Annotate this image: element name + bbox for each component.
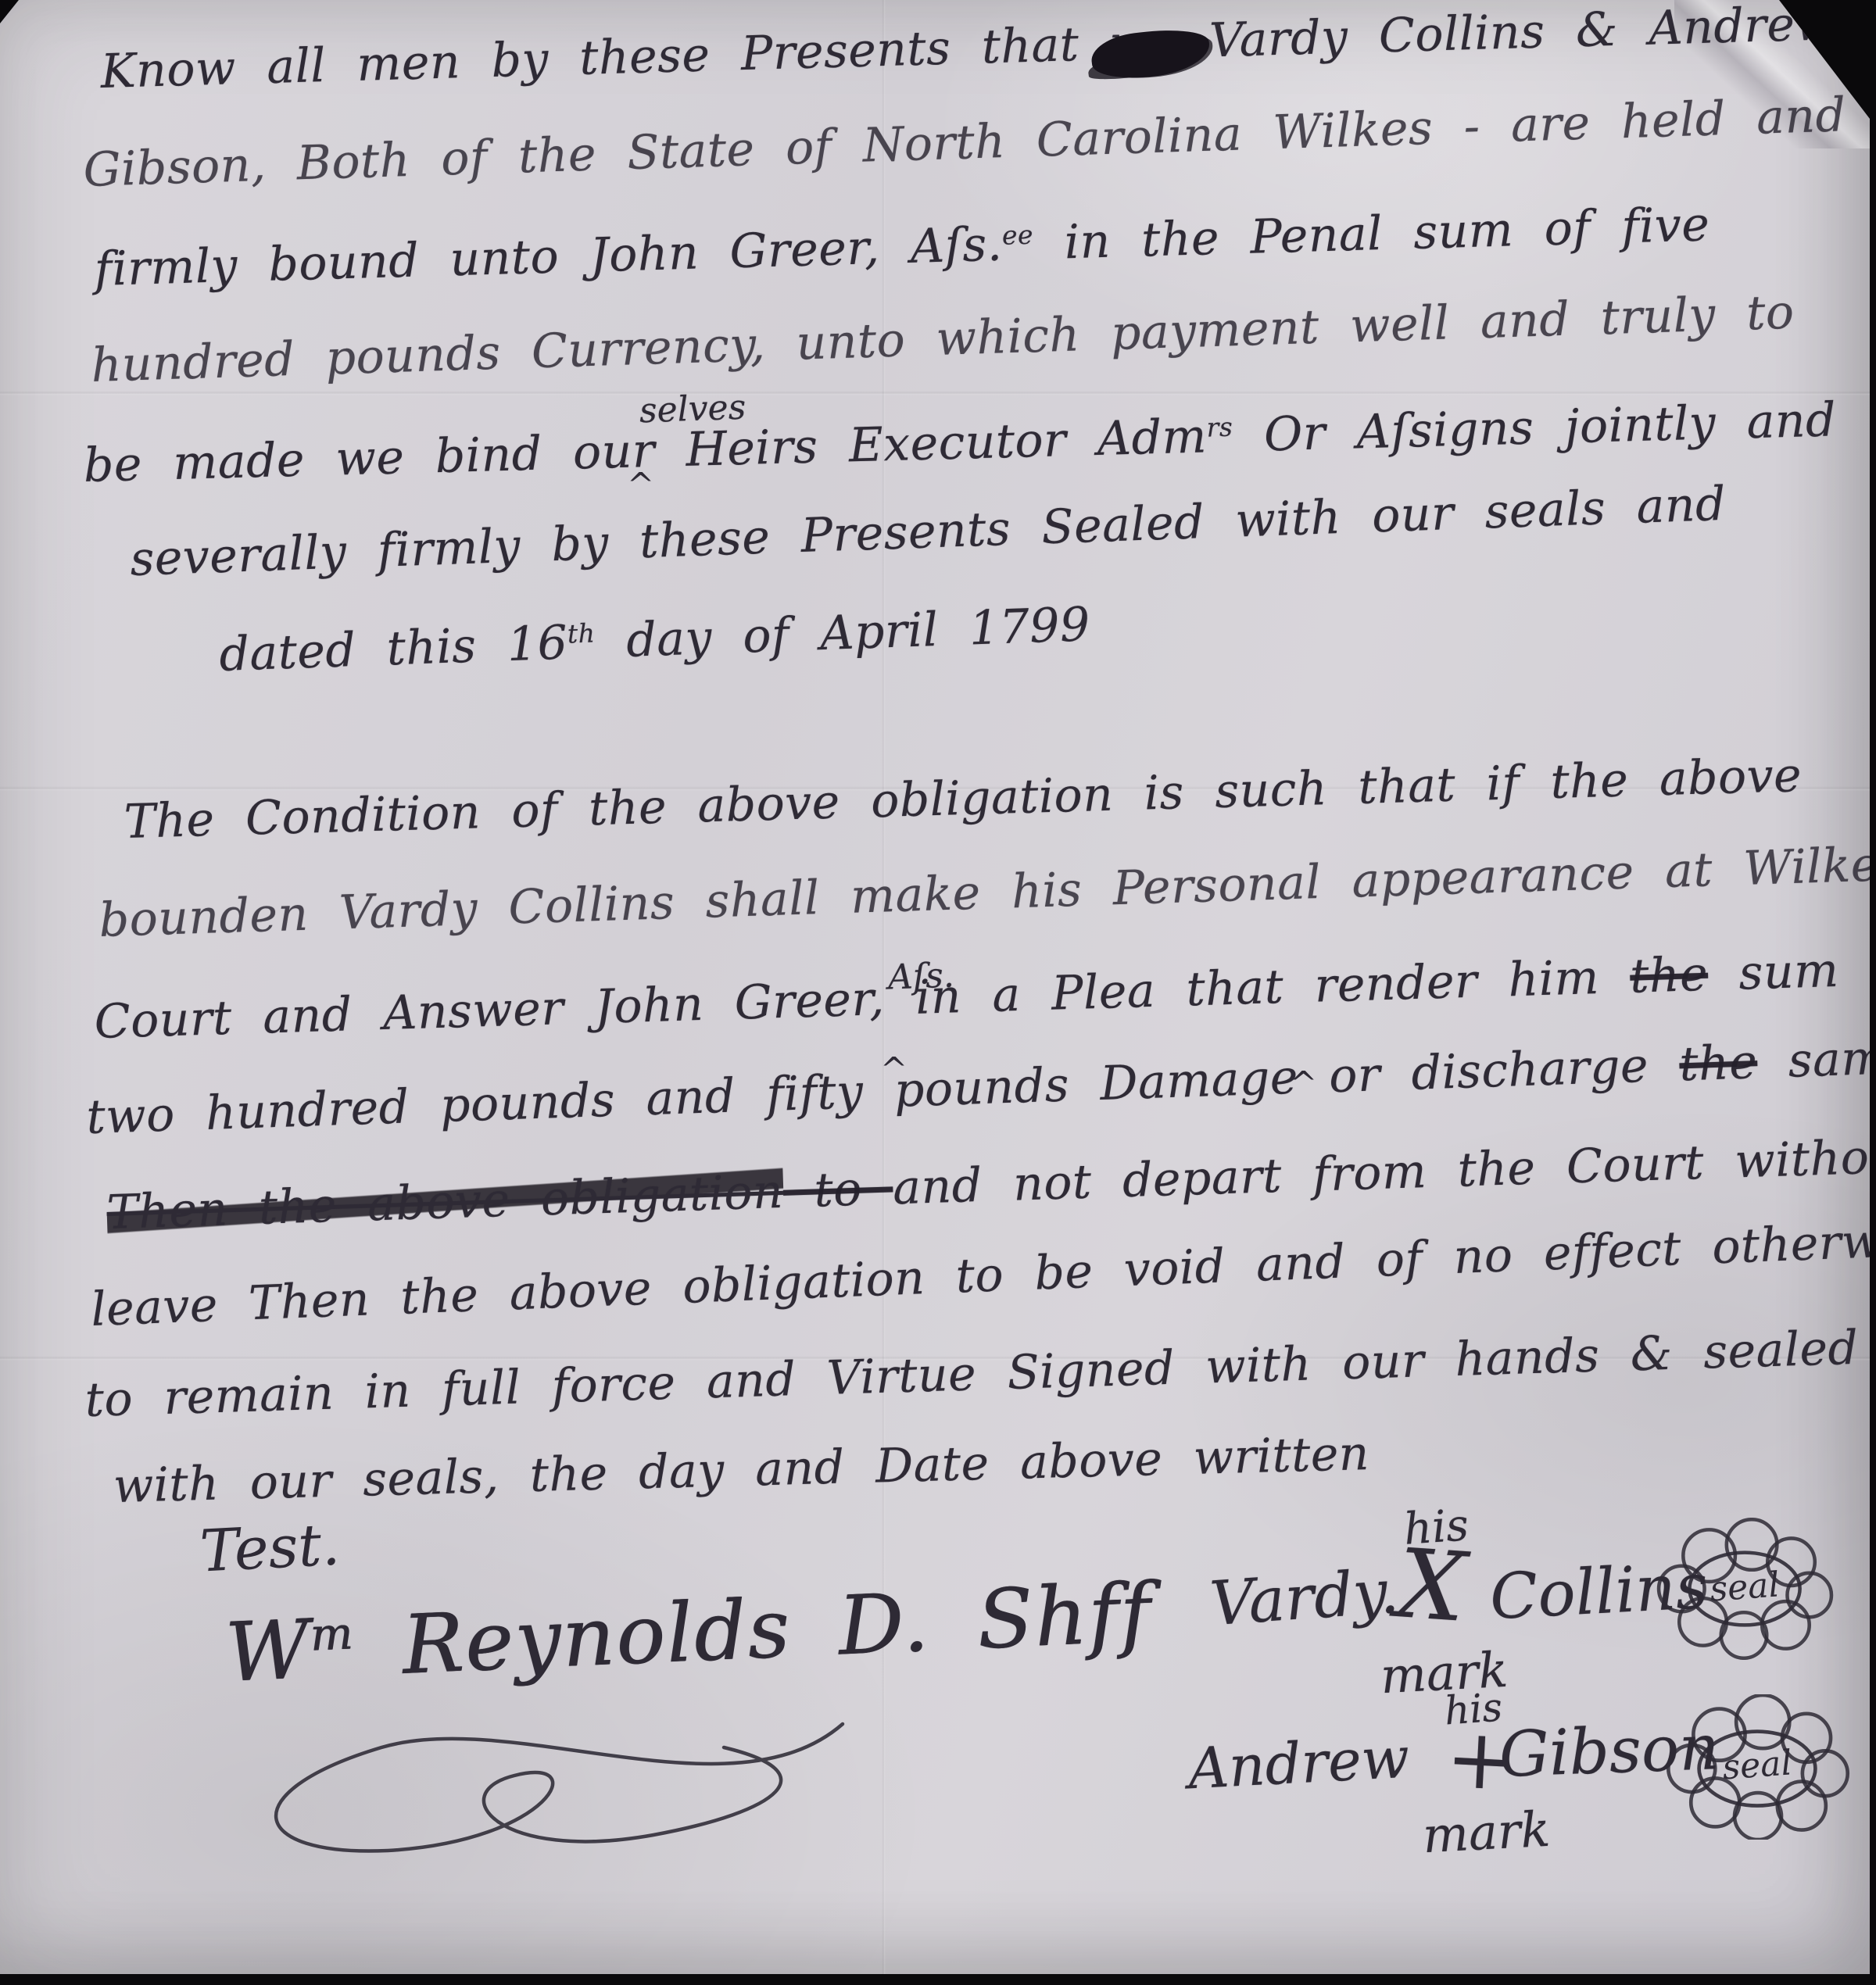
struck-word: to	[782, 1161, 894, 1218]
text-segment: severally firmly by these Presents Seale…	[129, 477, 1727, 587]
text-segment: dated this 16	[218, 615, 568, 682]
document-line-15: with our seals, the day and Date above w…	[113, 1422, 1370, 1518]
text-segment: Know all men by these Presents that we	[100, 13, 1210, 99]
name-vardy-collins: Vardy	[1208, 9, 1348, 68]
text-segment: and not depart from the Court without	[892, 1128, 1876, 1215]
text-segment: firmly bound unto John Greer, Aſs.	[94, 217, 1003, 297]
seal-word: seal	[1709, 1565, 1781, 1609]
text-segment: Aſs.	[887, 956, 954, 998]
paper: Know all men by these Presents that we V…	[0, 0, 1870, 1974]
text-segment: W	[224, 1601, 313, 1701]
text-segment: be made we bind our	[83, 424, 656, 493]
text-segment: two hundred pounds and fifty	[85, 1064, 864, 1145]
signer-first-name: Vardy.	[1208, 1557, 1401, 1640]
insertion-caret: ^	[627, 466, 654, 504]
document-line-3: firmly bound unto John Greer, Aſs.ee in …	[94, 193, 1711, 302]
document-line-4: hundred pounds Currency, unto which paym…	[90, 281, 1795, 398]
text-segment: to remain in full force and Virtue Signe…	[84, 1321, 1860, 1428]
struck-passage: Then the above obligation	[106, 1164, 784, 1240]
document-line-9: bounden Vardy Collins shall make his Per…	[98, 833, 1876, 953]
superscript: th	[567, 617, 596, 649]
text-segment: day of April 1799	[595, 597, 1091, 669]
text-segment: Collins & Andrew	[1347, 0, 1836, 64]
witness-signature: Wm Reynolds D. Shff	[224, 1565, 1154, 1701]
interlined-word-assee: Aſs.	[887, 956, 954, 998]
text-segment: The Condition of the above obligation is…	[124, 748, 1803, 849]
mark-label: mark	[1421, 1801, 1552, 1864]
document-line-8: The Condition of the above obligation is…	[124, 744, 1803, 854]
text-segment: Or Aſsigns jointly and	[1233, 392, 1837, 463]
signer-first-name: Andrew	[1187, 1725, 1411, 1802]
teste-label: Test.	[199, 1511, 342, 1585]
superscript: ee	[1001, 220, 1033, 251]
insertion-caret: ^	[1290, 1064, 1317, 1103]
text-segment: sum of	[1707, 941, 1876, 1002]
document-line-14: to remain in full force and Virtue Signe…	[84, 1317, 1860, 1432]
signature-mark: X	[1394, 1528, 1470, 1643]
text-segment: Court and Answer John Greer,	[94, 971, 886, 1050]
superscript: rs	[1206, 412, 1233, 443]
text-segment: with our seals, the day and Date above w…	[113, 1426, 1370, 1514]
document-line-2: Gibson, Both of the State of North Carol…	[82, 84, 1846, 202]
text-segment: bounden Vardy Collins shall make his Per…	[98, 836, 1876, 948]
document-line-7: dated this 16th day of April 1799	[218, 593, 1091, 687]
struck-word: the	[1629, 947, 1709, 1004]
struck-word: the	[1678, 1035, 1758, 1092]
wax-seal-scribble: seal	[1663, 1694, 1851, 1840]
text-segment: selves	[639, 388, 746, 431]
text-segment: in the Penal sum of five	[1033, 197, 1710, 270]
superscript: m	[309, 1608, 355, 1661]
text-segment: pounds Damage or discharge	[862, 1037, 1680, 1119]
signature-flourish	[186, 1702, 890, 1877]
interlined-word-selves: selves	[639, 388, 746, 431]
text-segment: Reynolds D. Shff	[353, 1565, 1154, 1694]
text-segment: hundred pounds Currency, unto which paym…	[91, 285, 1795, 393]
document-line-6: severally firmly by these Presents Seale…	[129, 473, 1727, 592]
text-segment: Gibson, Both of the State of North Carol…	[83, 88, 1847, 198]
text-segment: in a Plea that render him	[883, 950, 1631, 1026]
wax-seal-scribble: seal	[1654, 1518, 1835, 1660]
seal-word: seal	[1721, 1743, 1793, 1787]
scanned-document: Know all men by these Presents that we V…	[0, 0, 1876, 1985]
text-segment: same	[1756, 1029, 1876, 1089]
document-line-1: Know all men by these Presents that we V…	[100, 0, 1837, 104]
